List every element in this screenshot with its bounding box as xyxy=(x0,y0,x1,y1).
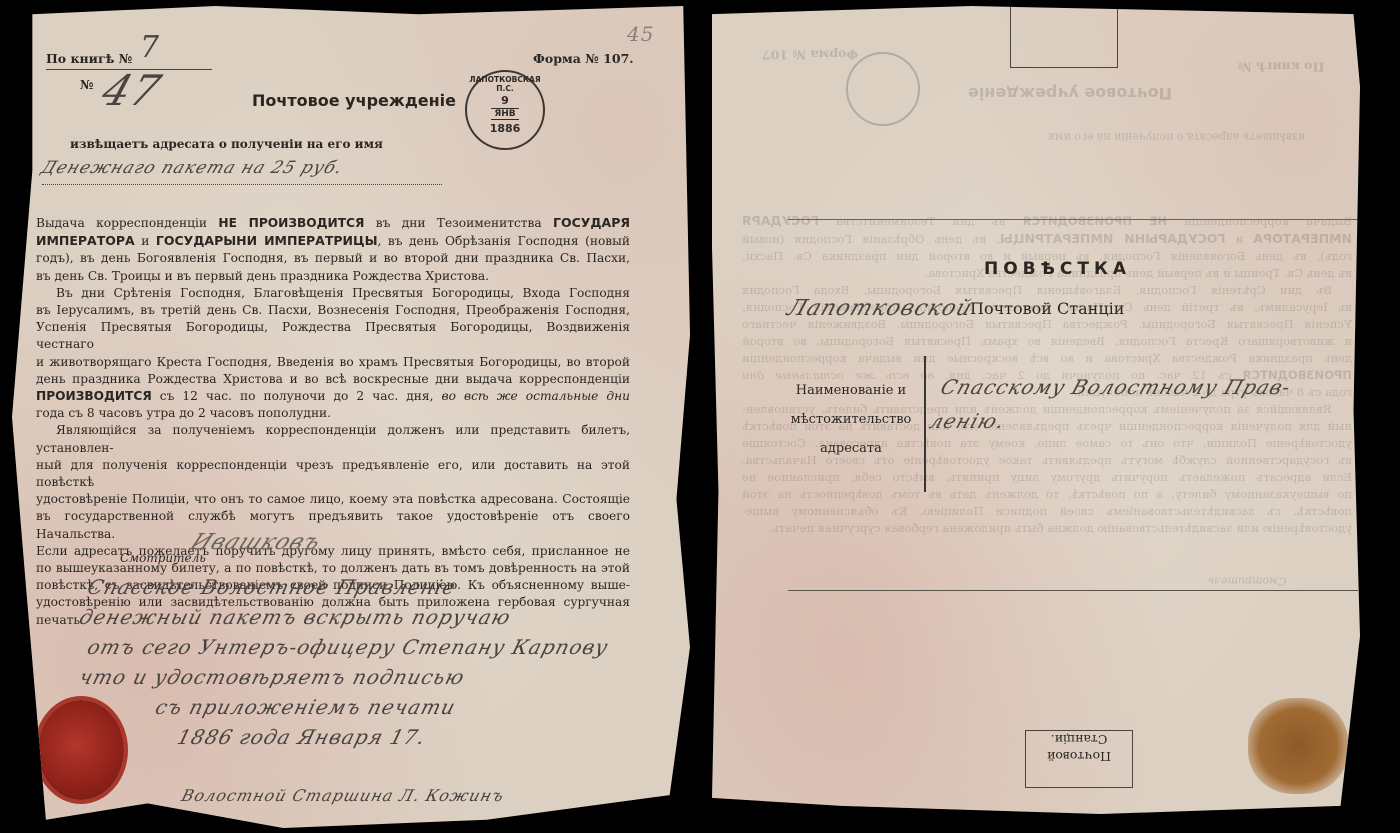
number-label: № xyxy=(80,76,94,94)
rules-line: и животворящаго Креста Господня, Введені… xyxy=(36,354,630,371)
show-through-form: Форма № 107 xyxy=(762,46,858,64)
notice-line: извѣщаетъ адресата о полученіи на его им… xyxy=(70,136,383,154)
rules-line: повѣсткѣ, съ засвидѣтельствованіемъ свое… xyxy=(742,503,1352,520)
handwritten-line: отъ сего Унтеръ-офицеру Степану Карпову xyxy=(48,632,666,662)
rules-line: въ день Св. Троицы и въ первый день праз… xyxy=(36,268,630,285)
seal-residue-stain xyxy=(1248,698,1348,794)
show-through-notice: извѣщаетъ адресата о полученіи на его им… xyxy=(1048,128,1305,146)
rules-line: Если адресатъ пожелаетъ поручить другому… xyxy=(742,469,1352,486)
rules-line: годъ), въ день Богоявленія Господня, въ … xyxy=(36,250,630,267)
rules-line: года съ 8 часовъ утра до 2 часовъ пополу… xyxy=(36,405,630,422)
rules-line: ИМПЕРАТОРА и ГОСУДАРЫНИ ИМПЕРАТРИЦЫ, въ … xyxy=(36,232,630,250)
rules-line: удостовѣренію или засвидѣтельствованію д… xyxy=(742,520,1352,537)
corner-pencil-note: 45 xyxy=(627,22,654,46)
book-number-handwritten: 7 xyxy=(140,30,160,65)
handwritten-endorsement: Спасское Волостное Правленіеденежный пак… xyxy=(24,572,682,752)
rules-line: Выдача корреспонденціи НЕ ПРОИЗВОДИТСЯ в… xyxy=(36,214,630,232)
notice-back-page: Почтовое учрежденіе Форма № 107 По книгѣ… xyxy=(712,6,1360,814)
rules-line: Успенія Пресвятыя Богородицы, Рождества … xyxy=(36,319,630,353)
addressee-handwritten: Спасскому Волостному Прав- ленію. xyxy=(925,370,1296,438)
rules-line: Выдача корреспонденціи НЕ ПРОИЗВОДИТСЯ в… xyxy=(742,212,1352,230)
book-number-label: По книгѣ № xyxy=(46,50,132,68)
rules-line: Въ дни Срѣтенія Господня, Благовѣщенія П… xyxy=(36,285,630,302)
summons-heading: ПОВѢСТКА xyxy=(984,259,1131,279)
return-address-box: Почтовой Станціи. xyxy=(1025,730,1133,788)
handwritten-line: Спасское Волостное Правленіе xyxy=(64,572,682,602)
overseer-signature: Ивашковъ xyxy=(186,530,325,555)
rules-line: ПРОИЗВОДИТСЯ съ 12 час. по полуночи до 2… xyxy=(36,388,630,405)
rules-line: Являющійся за полученіемъ корреспонденці… xyxy=(36,422,630,456)
rules-line: удостовѣреніе Полиціи, что онъ то самое … xyxy=(36,491,630,508)
red-wax-seal xyxy=(38,700,124,800)
station-name-handwritten: Лапотковской xyxy=(784,296,976,321)
number-handwritten: 47 xyxy=(96,66,167,115)
rules-line: день праздника Рождества Христова и во в… xyxy=(36,371,630,388)
rules-line: и животворящаго Креста Господня, Введені… xyxy=(742,333,1352,350)
rules-line: по вышеуказанному билету, а по повѣсткѣ,… xyxy=(742,486,1352,503)
show-through-postmark xyxy=(846,52,920,126)
rules-line: день праздника Рождества Христова и во в… xyxy=(742,350,1352,367)
elder-signature: Волостной Старшина Л. Кожинъ xyxy=(179,786,506,805)
rules-line: въ государственной службѣ могутъ предъяв… xyxy=(36,508,630,542)
postmark-stamp: ЛАПОТКОВСКАЯ П.С. 9 ЯНВ 1886 xyxy=(465,70,545,150)
handwritten-line: денежный пакетъ вскрыть поручаю xyxy=(56,602,674,632)
rules-line: ИМПЕРАТОРА и ГОСУДАРЫНИ ИМПЕРАТРИЦЫ, въ … xyxy=(742,230,1352,248)
item-description-handwritten: Денежнаго пакета на 25 руб. xyxy=(38,158,346,178)
rules-line: ный для полученія корреспонденціи чрезъ … xyxy=(36,457,630,491)
form-number: Форма № 107. xyxy=(533,50,634,68)
show-through-title: Почтовое учрежденіе xyxy=(968,84,1172,103)
stamp-box xyxy=(1010,4,1118,68)
addressee-brace xyxy=(924,356,926,492)
show-through-overseer: Смотритель xyxy=(1208,572,1287,590)
show-through-book: По книгѣ № xyxy=(1238,58,1324,76)
handwritten-line: съ приложеніемъ печати xyxy=(32,692,650,722)
top-divider xyxy=(788,219,1358,220)
notice-front-page: По книгѣ № 7 № 47 Форма № 107. 45 Почтов… xyxy=(12,6,690,828)
handwritten-line: что и удостовѣряетъ подписью xyxy=(40,662,658,692)
station-label: Почтовой Станціи xyxy=(970,300,1124,318)
item-dotted-rule xyxy=(42,184,442,185)
rules-line: въ Іерусалимъ, въ третій день Св. Пасхи,… xyxy=(36,302,630,319)
addressee-labels: Наименованіе и мѣстожительство адресата xyxy=(786,376,916,463)
bottom-divider xyxy=(788,590,1358,591)
document-title: Почтовое учрежденіе xyxy=(252,91,456,110)
